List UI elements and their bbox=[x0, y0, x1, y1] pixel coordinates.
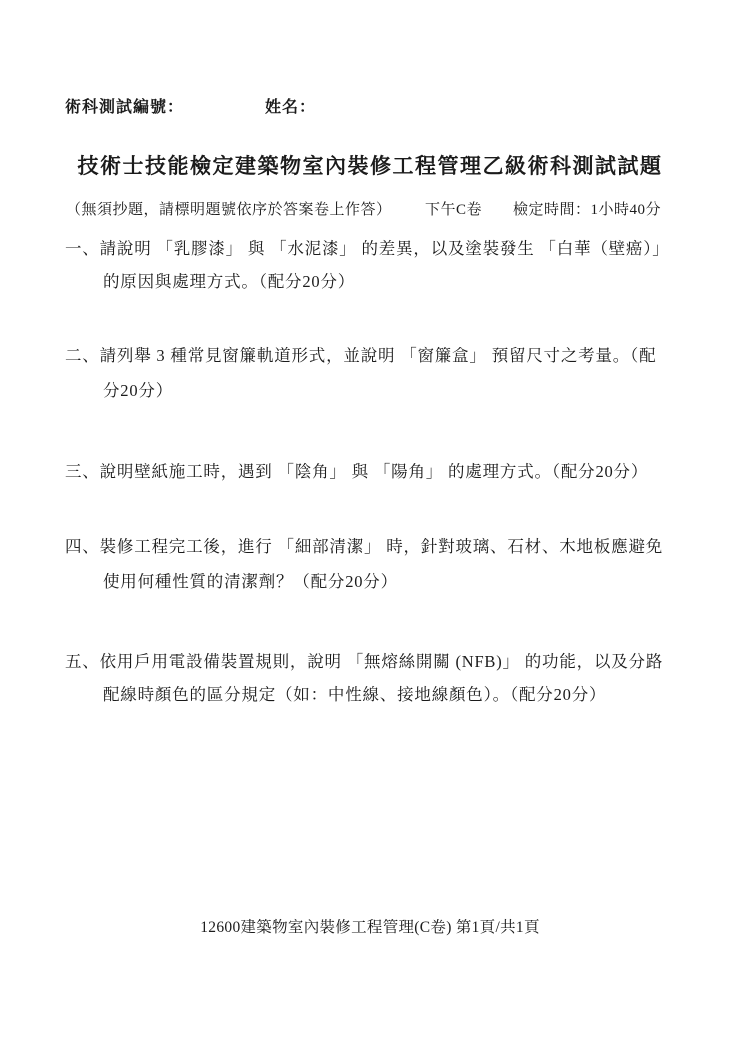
name-label: 姓名： bbox=[265, 99, 316, 117]
question-2-line-2: 分20分） bbox=[103, 380, 173, 401]
session-label: 下午C卷 bbox=[425, 201, 482, 220]
question-5-line-2: 配線時顏色的區分規定（如：中性線、接地線顏色）。（配分20分） bbox=[103, 684, 606, 705]
time-limit-label: 檢定時間：1小時40分 bbox=[513, 201, 661, 220]
document-page: 術科測試編號： 姓名： 技術士技能檢定建築物室內裝修工程管理乙級術科測試試題 （… bbox=[0, 0, 740, 1046]
exam-number-label: 術科測試編號： bbox=[65, 99, 184, 117]
question-5-line-1: 五、依用戶用電設備裝置規則，說明 「無熔絲開關 (NFB)」 的功能，以及分路 bbox=[65, 651, 663, 672]
question-1-line-2: 的原因與處理方式。（配分20分） bbox=[103, 271, 355, 292]
page-title: 技術士技能檢定建築物室內裝修工程管理乙級術科測試試題 bbox=[0, 153, 740, 179]
question-4-line-2: 使用何種性質的清潔劑？（配分20分） bbox=[103, 571, 398, 592]
question-1-line-1: 一、請說明 「乳膠漆」 與 「水泥漆」 的差異，以及塗裝發生 「白華（壁癌）」 bbox=[65, 238, 670, 259]
question-4-line-1: 四、裝修工程完工後，進行 「細部清潔」 時，針對玻璃、石材、木地板應避免 bbox=[65, 536, 663, 557]
question-3-line-1: 三、說明壁紙施工時，遇到 「陰角」 與 「陽角」 的處理方式。（配分20分） bbox=[65, 461, 648, 482]
question-2-line-1: 二、請列舉 3 種常見窗簾軌道形式，並說明 「窗簾盒」 預留尺寸之考量。（配 bbox=[65, 345, 656, 366]
answer-instructions: （無須抄題，請標明題號依序於答案卷上作答） bbox=[66, 201, 392, 220]
page-footer: 12600建築物室內裝修工程管理(C卷) 第1頁/共1頁 bbox=[0, 918, 740, 937]
